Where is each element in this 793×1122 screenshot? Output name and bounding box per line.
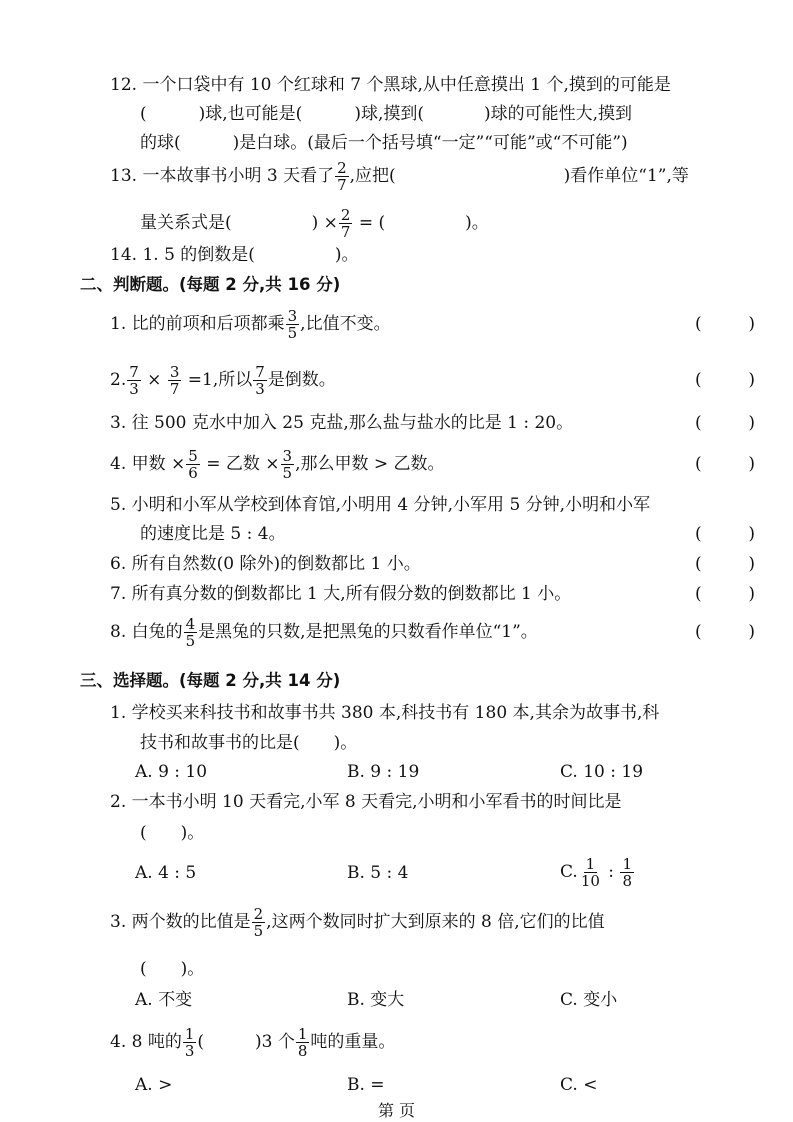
numerator: 7	[127, 364, 141, 381]
denominator: 10	[579, 873, 602, 889]
q13-text: = (	[359, 213, 385, 233]
choice-q1-option-b[interactable]: B. 9 : 19	[347, 761, 419, 783]
q13-text: ,应把(	[350, 166, 396, 186]
numerator: 3	[286, 308, 300, 325]
choice-q3-option-b[interactable]: B. 变大	[347, 989, 404, 1011]
q13-text: ) ×	[312, 213, 338, 233]
judge-item-4: 4. 甲数 ×56 = 乙数 ×35,那么甲数 > 乙数。	[110, 446, 445, 482]
q12-text: )球,摸到(	[354, 104, 424, 124]
numerator: 1	[183, 1026, 197, 1043]
item-text: ,那么甲数 > 乙数。	[295, 454, 444, 474]
choice-q2-option-c[interactable]: C.110 : 18	[560, 854, 635, 890]
numerator: 4	[184, 616, 198, 633]
judge-item-5-line2: 的速度比是 5 : 4。	[140, 523, 286, 545]
fraction: 110	[579, 856, 602, 889]
numerator: 2	[335, 160, 349, 177]
numerator: 3	[168, 364, 182, 381]
numerator: 1	[296, 1026, 310, 1043]
answer-paren-2[interactable]: ()	[695, 369, 755, 391]
choice-q2-line2: ( )。	[140, 822, 204, 844]
q13-line1: 13. 一本故事书小明 3 天看了27,应把()看作单位“1”,等	[110, 158, 689, 194]
item-text: 8. 白兔的	[110, 622, 183, 642]
choice-q4-line: 4. 8 吨的13( )3 个18吨的重量。	[110, 1024, 395, 1060]
paren-open: (	[695, 523, 702, 545]
paren-close: )	[748, 369, 755, 391]
item-text: 是倒数。	[268, 370, 336, 390]
fraction: 13	[183, 1026, 197, 1059]
choice-q2-line1: 2. 一本书小明 10 天看完,小军 8 天看完,小明和小军看书的时间比是	[110, 791, 622, 813]
numerator: 2	[339, 207, 353, 224]
numerator: 2	[252, 906, 266, 923]
paren-open: (	[695, 453, 702, 475]
denominator: 7	[339, 224, 353, 240]
choice-q1-option-a[interactable]: A. 9 : 10	[135, 761, 207, 783]
denominator: 3	[183, 1043, 197, 1059]
item-text: 吨的重量。	[310, 1032, 395, 1052]
choice-q1-line1: 1. 学校买来科技书和故事书共 380 本,科技书有 180 本,其余为故事书,…	[110, 702, 659, 724]
judge-item-1: 1. 比的前项和后项都乘35,比值不变。	[110, 306, 391, 342]
choice-q4-option-b[interactable]: B. =	[347, 1074, 385, 1096]
choice-q3-option-a[interactable]: A. 不变	[135, 989, 192, 1011]
choice-q4-option-c[interactable]: C. <	[560, 1074, 597, 1096]
choice-q1-line2: 技书和故事书的比是( )。	[140, 732, 357, 754]
item-text: 是黑兔的只数,是把黑兔的只数看作单位“1”。	[198, 622, 538, 642]
fraction: 73	[253, 364, 267, 397]
denominator: 5	[252, 923, 266, 939]
q14-text: )。	[335, 245, 359, 265]
answer-paren-5[interactable]: ()	[695, 523, 755, 545]
answer-paren-3[interactable]: ()	[695, 412, 755, 434]
fraction: 35	[281, 448, 295, 481]
item-text: ,这两个数同时扩大到原来的 8 倍,它们的比值	[266, 912, 604, 932]
paren-close: )	[748, 553, 755, 575]
q13-text: )看作单位“1”,等	[564, 166, 689, 186]
answer-paren-4[interactable]: ()	[695, 453, 755, 475]
fraction: 25	[252, 906, 266, 939]
denominator: 8	[296, 1043, 310, 1059]
choice-q1-option-c[interactable]: C. 10 : 19	[560, 761, 643, 783]
q13-text: )。	[465, 213, 489, 233]
item-text: 4. 8 吨的	[110, 1032, 182, 1052]
paren-open: (	[695, 583, 702, 605]
paren-open: (	[695, 369, 702, 391]
denominator: 6	[186, 465, 200, 481]
fraction: 37	[168, 364, 182, 397]
page-footer: 第 页	[0, 1098, 793, 1121]
fraction: 18	[620, 856, 634, 889]
answer-paren-8[interactable]: ()	[695, 621, 755, 643]
q13-line2: 量关系式是() ×27 = ()。	[140, 205, 489, 241]
denominator: 5	[281, 465, 295, 481]
numerator: 1	[620, 856, 634, 873]
item-text: 3. 两个数的比值是	[110, 912, 251, 932]
q12-paren: (	[140, 104, 147, 124]
q14-line: 14. 1. 5 的倒数是()。	[110, 244, 359, 266]
q12-text: )是白球。(最后一个括号填“一定”“可能”或“不可能”)	[233, 133, 628, 153]
numerator: 3	[281, 448, 295, 465]
option-text: :	[603, 862, 620, 882]
section2-heading: 二、判断题。(每题 2 分,共 16 分)	[80, 274, 340, 296]
item-text: = 乙数 ×	[201, 454, 280, 474]
fraction: 45	[184, 616, 198, 649]
q13-text: 量关系式是(	[140, 213, 232, 233]
choice-q3-line2: ( )。	[140, 958, 204, 980]
q12-line3: 的球()是白球。(最后一个括号填“一定”“可能”或“不可能”)	[140, 132, 628, 154]
paren-close: )	[748, 621, 755, 643]
item-text: 4. 甲数 ×	[110, 454, 185, 474]
denominator: 5	[286, 325, 300, 341]
option-label: C.	[560, 862, 578, 882]
numerator: 1	[584, 856, 598, 873]
fraction: 27	[335, 160, 349, 193]
fraction: 56	[186, 448, 200, 481]
choice-q4-option-a[interactable]: A. >	[135, 1074, 172, 1096]
choice-q2-option-b[interactable]: B. 5 : 4	[347, 862, 408, 884]
denominator: 7	[335, 177, 349, 193]
paren-close: )	[748, 313, 755, 335]
judge-item-2: 2.73 × 37 =1,所以73是倒数。	[110, 362, 336, 398]
fraction: 35	[286, 308, 300, 341]
answer-paren-1[interactable]: ()	[695, 313, 755, 335]
denominator: 8	[620, 873, 634, 889]
judge-item-7: 7. 所有真分数的倒数都比 1 大,所有假分数的倒数都比 1 小。	[110, 583, 571, 605]
item-text: =1,所以	[182, 370, 252, 390]
item-text: ,比值不变。	[300, 314, 390, 334]
fraction: 73	[127, 364, 141, 397]
q13-text: 13. 一本故事书小明 3 天看了	[110, 166, 334, 186]
paren-close: )	[748, 583, 755, 605]
q12-text: )球,也可能是(	[199, 104, 303, 124]
paren-open: (	[695, 412, 702, 434]
answer-paren-7[interactable]: ()	[695, 583, 755, 605]
judge-item-3: 3. 往 500 克水中加入 25 克盐,那么盐与盐水的比是 1 : 20。	[110, 412, 573, 434]
choice-q3-option-c[interactable]: C. 变小	[560, 989, 617, 1011]
denominator: 3	[127, 381, 141, 397]
denominator: 5	[184, 633, 198, 649]
paren-open: (	[695, 621, 702, 643]
judge-item-5-line1: 5. 小明和小军从学校到体育馆,小明用 4 分钟,小军用 5 分钟,小明和小军	[110, 494, 650, 516]
item-text: 2.	[110, 370, 126, 390]
choice-q3-line1: 3. 两个数的比值是25,这两个数同时扩大到原来的 8 倍,它们的比值	[110, 904, 605, 940]
judge-item-8: 8. 白兔的45是黑兔的只数,是把黑兔的只数看作单位“1”。	[110, 614, 538, 650]
q12-text: 的球(	[140, 133, 181, 153]
denominator: 3	[253, 381, 267, 397]
q12-text: )球的可能性大,摸到	[484, 104, 632, 124]
item-text: ( )3 个	[197, 1032, 294, 1052]
section3-heading: 三、选择题。(每题 2 分,共 14 分)	[80, 670, 340, 692]
paren-close: )	[748, 523, 755, 545]
numerator: 5	[186, 448, 200, 465]
numerator: 7	[253, 364, 267, 381]
judge-item-6: 6. 所有自然数(0 除外)的倒数都比 1 小。	[110, 553, 421, 575]
choice-q2-option-a[interactable]: A. 4 : 5	[135, 862, 196, 884]
paren-close: )	[748, 412, 755, 434]
answer-paren-6[interactable]: ()	[695, 553, 755, 575]
q12-line2: ()球,也可能是()球,摸到()球的可能性大,摸到	[140, 103, 632, 125]
item-text: 1. 比的前项和后项都乘	[110, 314, 285, 334]
q12-line1: 12. 一个口袋中有 10 个红球和 7 个黑球,从中任意摸出 1 个,摸到的可…	[110, 74, 671, 96]
q14-text: 14. 1. 5 的倒数是(	[110, 245, 255, 265]
denominator: 7	[168, 381, 182, 397]
item-text: ×	[142, 370, 167, 390]
fraction: 18	[296, 1026, 310, 1059]
paren-open: (	[695, 313, 702, 335]
paren-close: )	[748, 453, 755, 475]
paren-open: (	[695, 553, 702, 575]
fraction: 27	[339, 207, 353, 240]
